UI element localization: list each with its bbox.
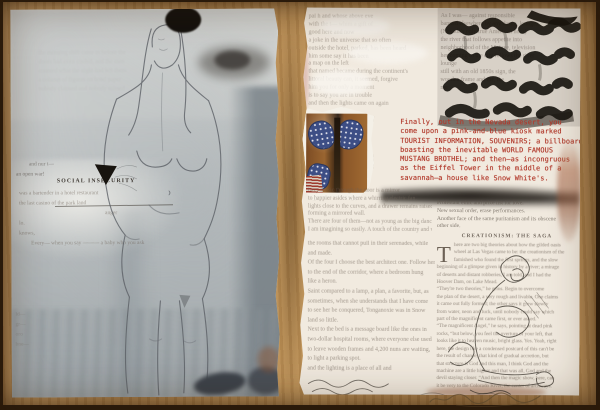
pen-sketch-svg [298, 8, 580, 396]
triangle-ink-mark [95, 164, 117, 185]
pubic-triangle-mark [179, 295, 190, 308]
right-page: pal h and whose above evewith the t— whi… [298, 8, 580, 396]
scribble-hatch [115, 165, 137, 191]
charcoal-smudge-core [214, 51, 250, 70]
artist-signature [426, 390, 548, 408]
left-page: the morning shift came in before thedoor… [10, 8, 280, 397]
artwork-photo: the morning shift came in before thedoor… [0, 0, 600, 410]
brown-smudge [258, 346, 280, 372]
page-gutter-shadow [276, 6, 306, 400]
